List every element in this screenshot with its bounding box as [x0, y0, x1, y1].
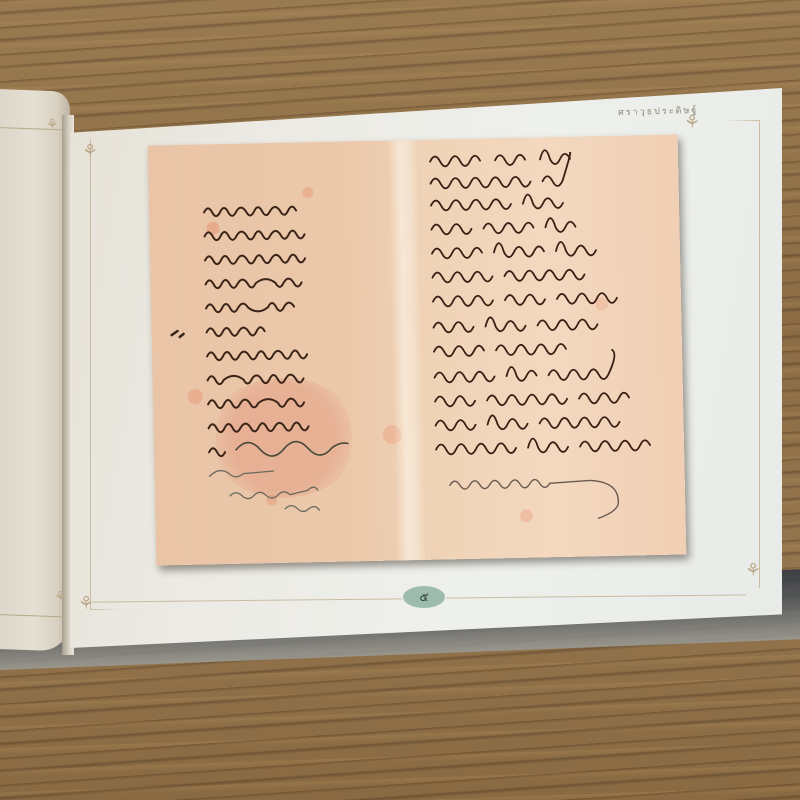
ribbon-bow-corner-icon: ⚘: [684, 114, 700, 132]
page-number-badge: ๕: [403, 586, 445, 608]
handwriting-ink: [148, 134, 687, 565]
ribbon-bow-corner-icon: ⚘: [78, 595, 94, 613]
ribbon-bow-corner-icon: ⚘: [745, 562, 761, 580]
ribbon-bow-corner-icon: ⚘: [46, 118, 59, 132]
left-page-frame-rule: [0, 613, 64, 617]
manuscript-photo: [148, 134, 687, 565]
left-page: [0, 88, 70, 651]
ribbon-bow-corner-icon: ⚘: [82, 143, 98, 161]
ribbon-bow-corner-icon: ⚘: [54, 590, 67, 604]
page-number: ๕: [419, 588, 428, 607]
